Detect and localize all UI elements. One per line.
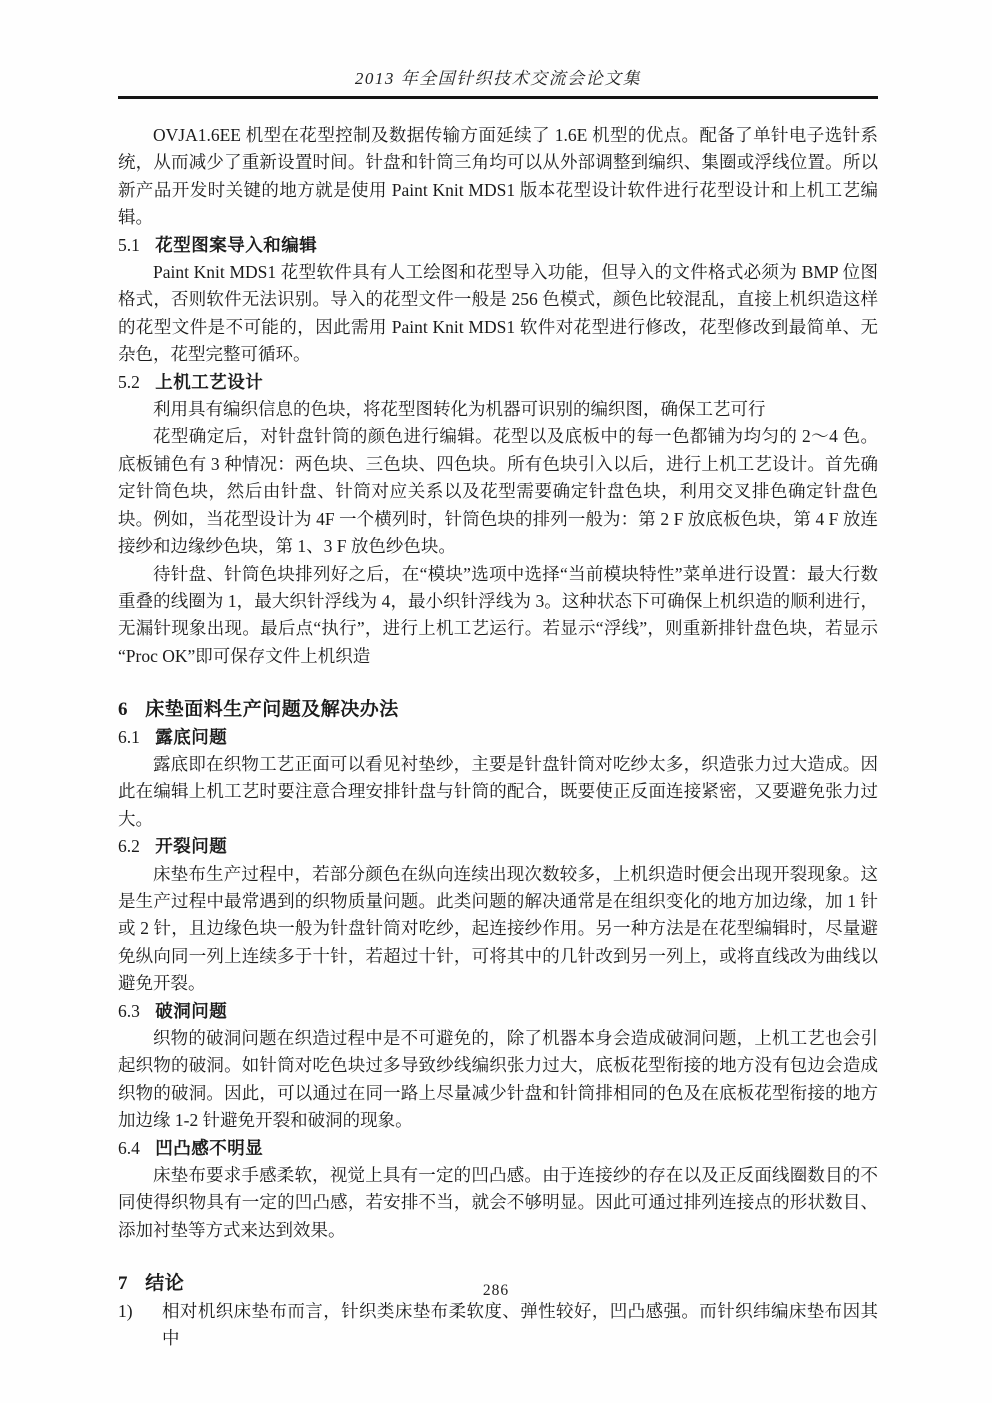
section-title: 露底问题 [155,727,227,747]
section-6-heading: 6 床垫面料生产问题及解决办法 [118,696,878,723]
document-body: OVJA1.6EE 机型在花型控制及数据传输方面延续了 1.6E 机型的优点。配… [118,122,878,1352]
section-number: 6.2 [118,836,140,856]
page-header: 2013 年全国针织技术交流会论文集 [118,0,878,99]
running-head-title: 2013 年全国针织技术交流会论文集 [118,64,878,89]
body-paragraph: Paint Knit MDS1 花型软件具有人工绘图和花型导入功能，但导入的文件… [118,259,878,369]
section-number: 5.2 [118,372,140,392]
list-item-marker: 1) [118,1298,162,1353]
section-6-3-heading: 6.3 破洞问题 [118,998,878,1025]
section-title: 开裂问题 [155,836,227,856]
body-paragraph: 织物的破洞问题在织造过程中是不可避免的，除了机器本身会造成破洞问题，上机工艺也会… [118,1025,878,1135]
section-5-1-heading: 5.1 花型图案导入和编辑 [118,232,878,259]
body-paragraph: 利用具有编织信息的色块，将花型图转化为机器可识别的编织图，确保工艺可行 [118,396,878,423]
document-page: 2013 年全国针织技术交流会论文集 OVJA1.6EE 机型在花型控制及数据传… [0,0,992,1403]
section-6-4-heading: 6.4 凹凸感不明显 [118,1135,878,1162]
section-number: 6.4 [118,1138,140,1158]
body-paragraph: 花型确定后，对针盘针筒的颜色进行编辑。花型以及底板中的每一色都铺为均匀的 2～4… [118,423,878,560]
section-title: 花型图案导入和编辑 [155,235,317,255]
section-number: 6.3 [118,1001,140,1021]
section-number: 5.1 [118,235,140,255]
intro-paragraph: OVJA1.6EE 机型在花型控制及数据传输方面延续了 1.6E 机型的优点。配… [118,122,878,232]
page-footer: 286 [0,1282,992,1300]
section-title: 凹凸感不明显 [155,1138,263,1158]
body-paragraph: 待针盘、针筒色块排列好之后，在“模块”选项中选择“当前模块特性”菜单进行设置：最… [118,561,878,671]
body-paragraph: 床垫布要求手感柔软，视觉上具有一定的凹凸感。由于连接纱的存在以及正反面线圈数目的… [118,1162,878,1244]
section-title: 床垫面料生产问题及解决办法 [145,699,399,720]
section-number: 6.1 [118,727,140,747]
body-paragraph: 床垫布生产过程中，若部分颜色在纵向连续出现次数较多，上机织造时便会出现开裂现象。… [118,861,878,998]
section-title: 上机工艺设计 [155,372,263,392]
section-6-1-heading: 6.1 露底问题 [118,724,878,751]
section-title: 破洞问题 [155,1001,227,1021]
section-5-2-heading: 5.2 上机工艺设计 [118,369,878,396]
body-paragraph: 露底即在织物工艺正面可以看见衬垫纱，主要是针盘针筒对吃纱太多，织造张力过大造成。… [118,751,878,833]
header-rule [118,96,878,99]
section-number: 6 [118,699,128,720]
section-6-2-heading: 6.2 开裂问题 [118,833,878,860]
list-item-text: 相对机织床垫布而言，针织类床垫布柔软度、弹性较好，凹凸感强。而针织纬编床垫布因其… [162,1298,878,1353]
page-number: 286 [483,1282,509,1299]
conclusion-item-1: 1) 相对机织床垫布而言，针织类床垫布柔软度、弹性较好，凹凸感强。而针织纬编床垫… [118,1298,878,1353]
